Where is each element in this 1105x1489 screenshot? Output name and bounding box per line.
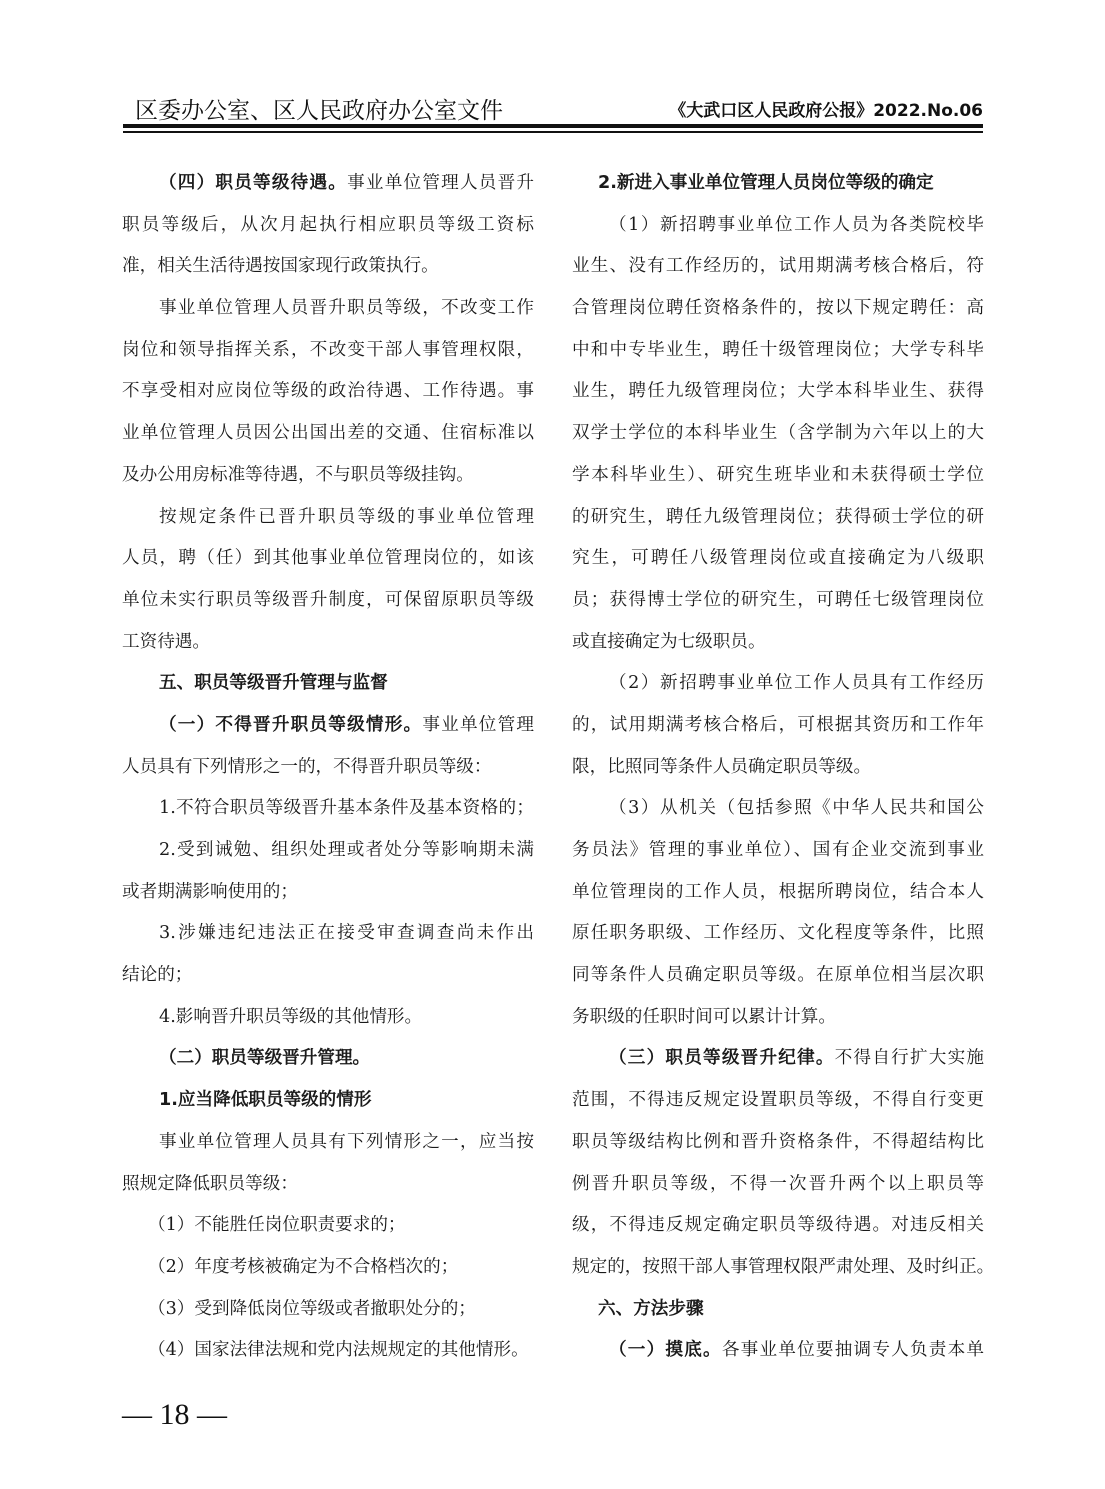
paragraph-line: 范围，不得违反规定设置职员等级，不得自行变更 — [572, 1083, 984, 1125]
paragraph-line: 规定的，按照干部人事管理权限严肃处理、及时纠正。 — [572, 1250, 984, 1292]
paragraph-line: 职员等级后，从次月起执行相应职员等级工资标 — [122, 208, 534, 250]
list-item-continuation: 结论的； — [122, 958, 534, 1000]
paragraph-line: 人员，聘（任）到其他事业单位管理岗位的，如该 — [122, 541, 534, 583]
paragraph-line: 原任职务职级、工作经历、文化程度等条件，比照 — [572, 916, 984, 958]
paragraph-line: 同等条件人员确定职员等级。在原单位相当层次职 — [572, 958, 984, 1000]
right-column: 2.新进入事业单位管理人员岗位等级的确定 （1）新招聘事业单位工作人员为各类院校… — [572, 166, 984, 1375]
paragraph-line: 单位未实行职员等级晋升制度，可保留原职员等级 — [122, 583, 534, 625]
paragraph-line: 单位管理岗的工作人员，根据所聘岗位，结合本人 — [572, 875, 984, 917]
list-item: （3）受到降低岗位等级或者撤职处分的； — [122, 1292, 534, 1334]
list-item: （4）国家法律法规和党内法规规定的其他情形。 — [122, 1333, 534, 1375]
paragraph-line: 中和中专毕业生，聘任十级管理岗位；大学专科毕 — [572, 333, 984, 375]
paragraph-line: 业生，聘任九级管理岗位；大学本科毕业生、获得 — [572, 374, 984, 416]
list-item: 3.涉嫌违纪违法正在接受审查调查尚未作出 — [122, 916, 534, 958]
paragraph-line: 按规定条件已晋升职员等级的事业单位管理 — [122, 500, 534, 542]
paragraph-line: 事业单位管理人员晋升职员等级，不改变工作 — [122, 291, 534, 333]
paragraph-line: 人员具有下列情形之一的，不得晋升职员等级： — [122, 750, 534, 792]
paragraph-line: 例晋升职员等级，不得一次晋升两个以上职员等 — [572, 1167, 984, 1209]
numbered-heading: 2.新进入事业单位管理人员岗位等级的确定 — [572, 166, 984, 208]
paragraph-line: 照规定降低职员等级： — [122, 1167, 534, 1209]
paragraph-line: 准，相关生活待遇按国家现行政策执行。 — [122, 249, 534, 291]
list-item: （2）年度考核被确定为不合格档次的； — [122, 1250, 534, 1292]
header-gazette-title: 《大武口区人民政府公报》2022.No.06 — [669, 96, 983, 121]
section-heading: 五、职员等级晋升管理与监督 — [122, 666, 534, 708]
paragraph-line: 不享受相对应岗位等级的政治待遇、工作待遇。事 — [122, 374, 534, 416]
paragraph-line: 合管理岗位聘任资格条件的，按以下规定聘任：高 — [572, 291, 984, 333]
paragraph-line: 及办公用房标准等待遇，不与职员等级挂钩。 — [122, 458, 534, 500]
subsection-heading: （二）职员等级晋升管理。 — [122, 1041, 534, 1083]
list-item: 1.不符合职员等级晋升基本条件及基本资格的； — [122, 791, 534, 833]
section-heading: 六、方法步骤 — [572, 1292, 984, 1334]
numbered-heading: 1.应当降低职员等级的情形 — [122, 1083, 534, 1125]
left-column: （四）职员等级待遇。事业单位管理人员晋升 职员等级后，从次月起执行相应职员等级工… — [122, 166, 534, 1375]
paragraph-line: （一）摸底。各事业单位要抽调专人负责本单 — [572, 1333, 984, 1375]
header-rule-thick — [123, 124, 983, 128]
paragraph-line: 职员等级结构比例和晋升资格条件，不得超结构比 — [572, 1125, 984, 1167]
subsection-heading: （一）不得晋升职员等级情形。 — [159, 715, 422, 735]
list-item: （1）不能胜任岗位职责要求的； — [122, 1208, 534, 1250]
list-item: 4.影响晋升职员等级的其他情形。 — [122, 1000, 534, 1042]
paragraph-line: 务职级的任职时间可以累计计算。 — [572, 1000, 984, 1042]
paragraph-line: 务员法》管理的事业单位）、国有企业交流到事业 — [572, 833, 984, 875]
paragraph-line: （三）职员等级晋升纪律。不得自行扩大实施 — [572, 1041, 984, 1083]
list-item: 2.受到诫勉、组织处理或者处分等影响期未满 — [122, 833, 534, 875]
paragraph-line: （1）新招聘事业单位工作人员为各类院校毕 — [572, 208, 984, 250]
paragraph-line: （3）从机关（包括参照《中华人民共和国公 — [572, 791, 984, 833]
subsection-heading: （三）职员等级晋升纪律。 — [609, 1048, 835, 1068]
page-number: — 18 — — [122, 1398, 227, 1432]
paragraph-line: 的，试用期满考核合格后，可根据其资历和工作年 — [572, 708, 984, 750]
header-department-title: 区委办公室、区人民政府办公室文件 — [135, 92, 503, 125]
header-rule-thin — [123, 131, 983, 133]
paragraph-line: 级，不得违反规定确定职员等级待遇。对违反相关 — [572, 1208, 984, 1250]
list-item-continuation: 或者期满影响使用的； — [122, 875, 534, 917]
paragraph-line: （2）新招聘事业单位工作人员具有工作经历 — [572, 666, 984, 708]
paragraph-line: （四）职员等级待遇。事业单位管理人员晋升 — [122, 166, 534, 208]
paragraph-line: 岗位和领导指挥关系，不改变干部人事管理权限， — [122, 333, 534, 375]
paragraph-line: 业生、没有工作经历的，试用期满考核合格后，符 — [572, 249, 984, 291]
paragraph-line: 事业单位管理人员具有下列情形之一，应当按 — [122, 1125, 534, 1167]
paragraph-line: 究生，可聘任八级管理岗位或直接确定为八级职 — [572, 541, 984, 583]
paragraph-line: 或直接确定为七级职员。 — [572, 625, 984, 667]
paragraph-line: 的研究生，聘任九级管理岗位；获得硕士学位的研 — [572, 500, 984, 542]
paragraph-line: 限，比照同等条件人员确定职员等级。 — [572, 750, 984, 792]
paragraph-line: 工资待遇。 — [122, 625, 534, 667]
paragraph-line: 学本科毕业生）、研究生班毕业和未获得硕士学位 — [572, 458, 984, 500]
paragraph-line: 员；获得博士学位的研究生，可聘任七级管理岗位 — [572, 583, 984, 625]
paragraph-line: （一）不得晋升职员等级情形。事业单位管理 — [122, 708, 534, 750]
subsection-heading: （四）职员等级待遇。 — [159, 173, 347, 193]
subsection-heading: （一）摸底。 — [609, 1340, 722, 1360]
paragraph-line: 双学士学位的本科毕业生（含学制为六年以上的大 — [572, 416, 984, 458]
paragraph-line: 业单位管理人员因公出国出差的交通、住宿标准以 — [122, 416, 534, 458]
